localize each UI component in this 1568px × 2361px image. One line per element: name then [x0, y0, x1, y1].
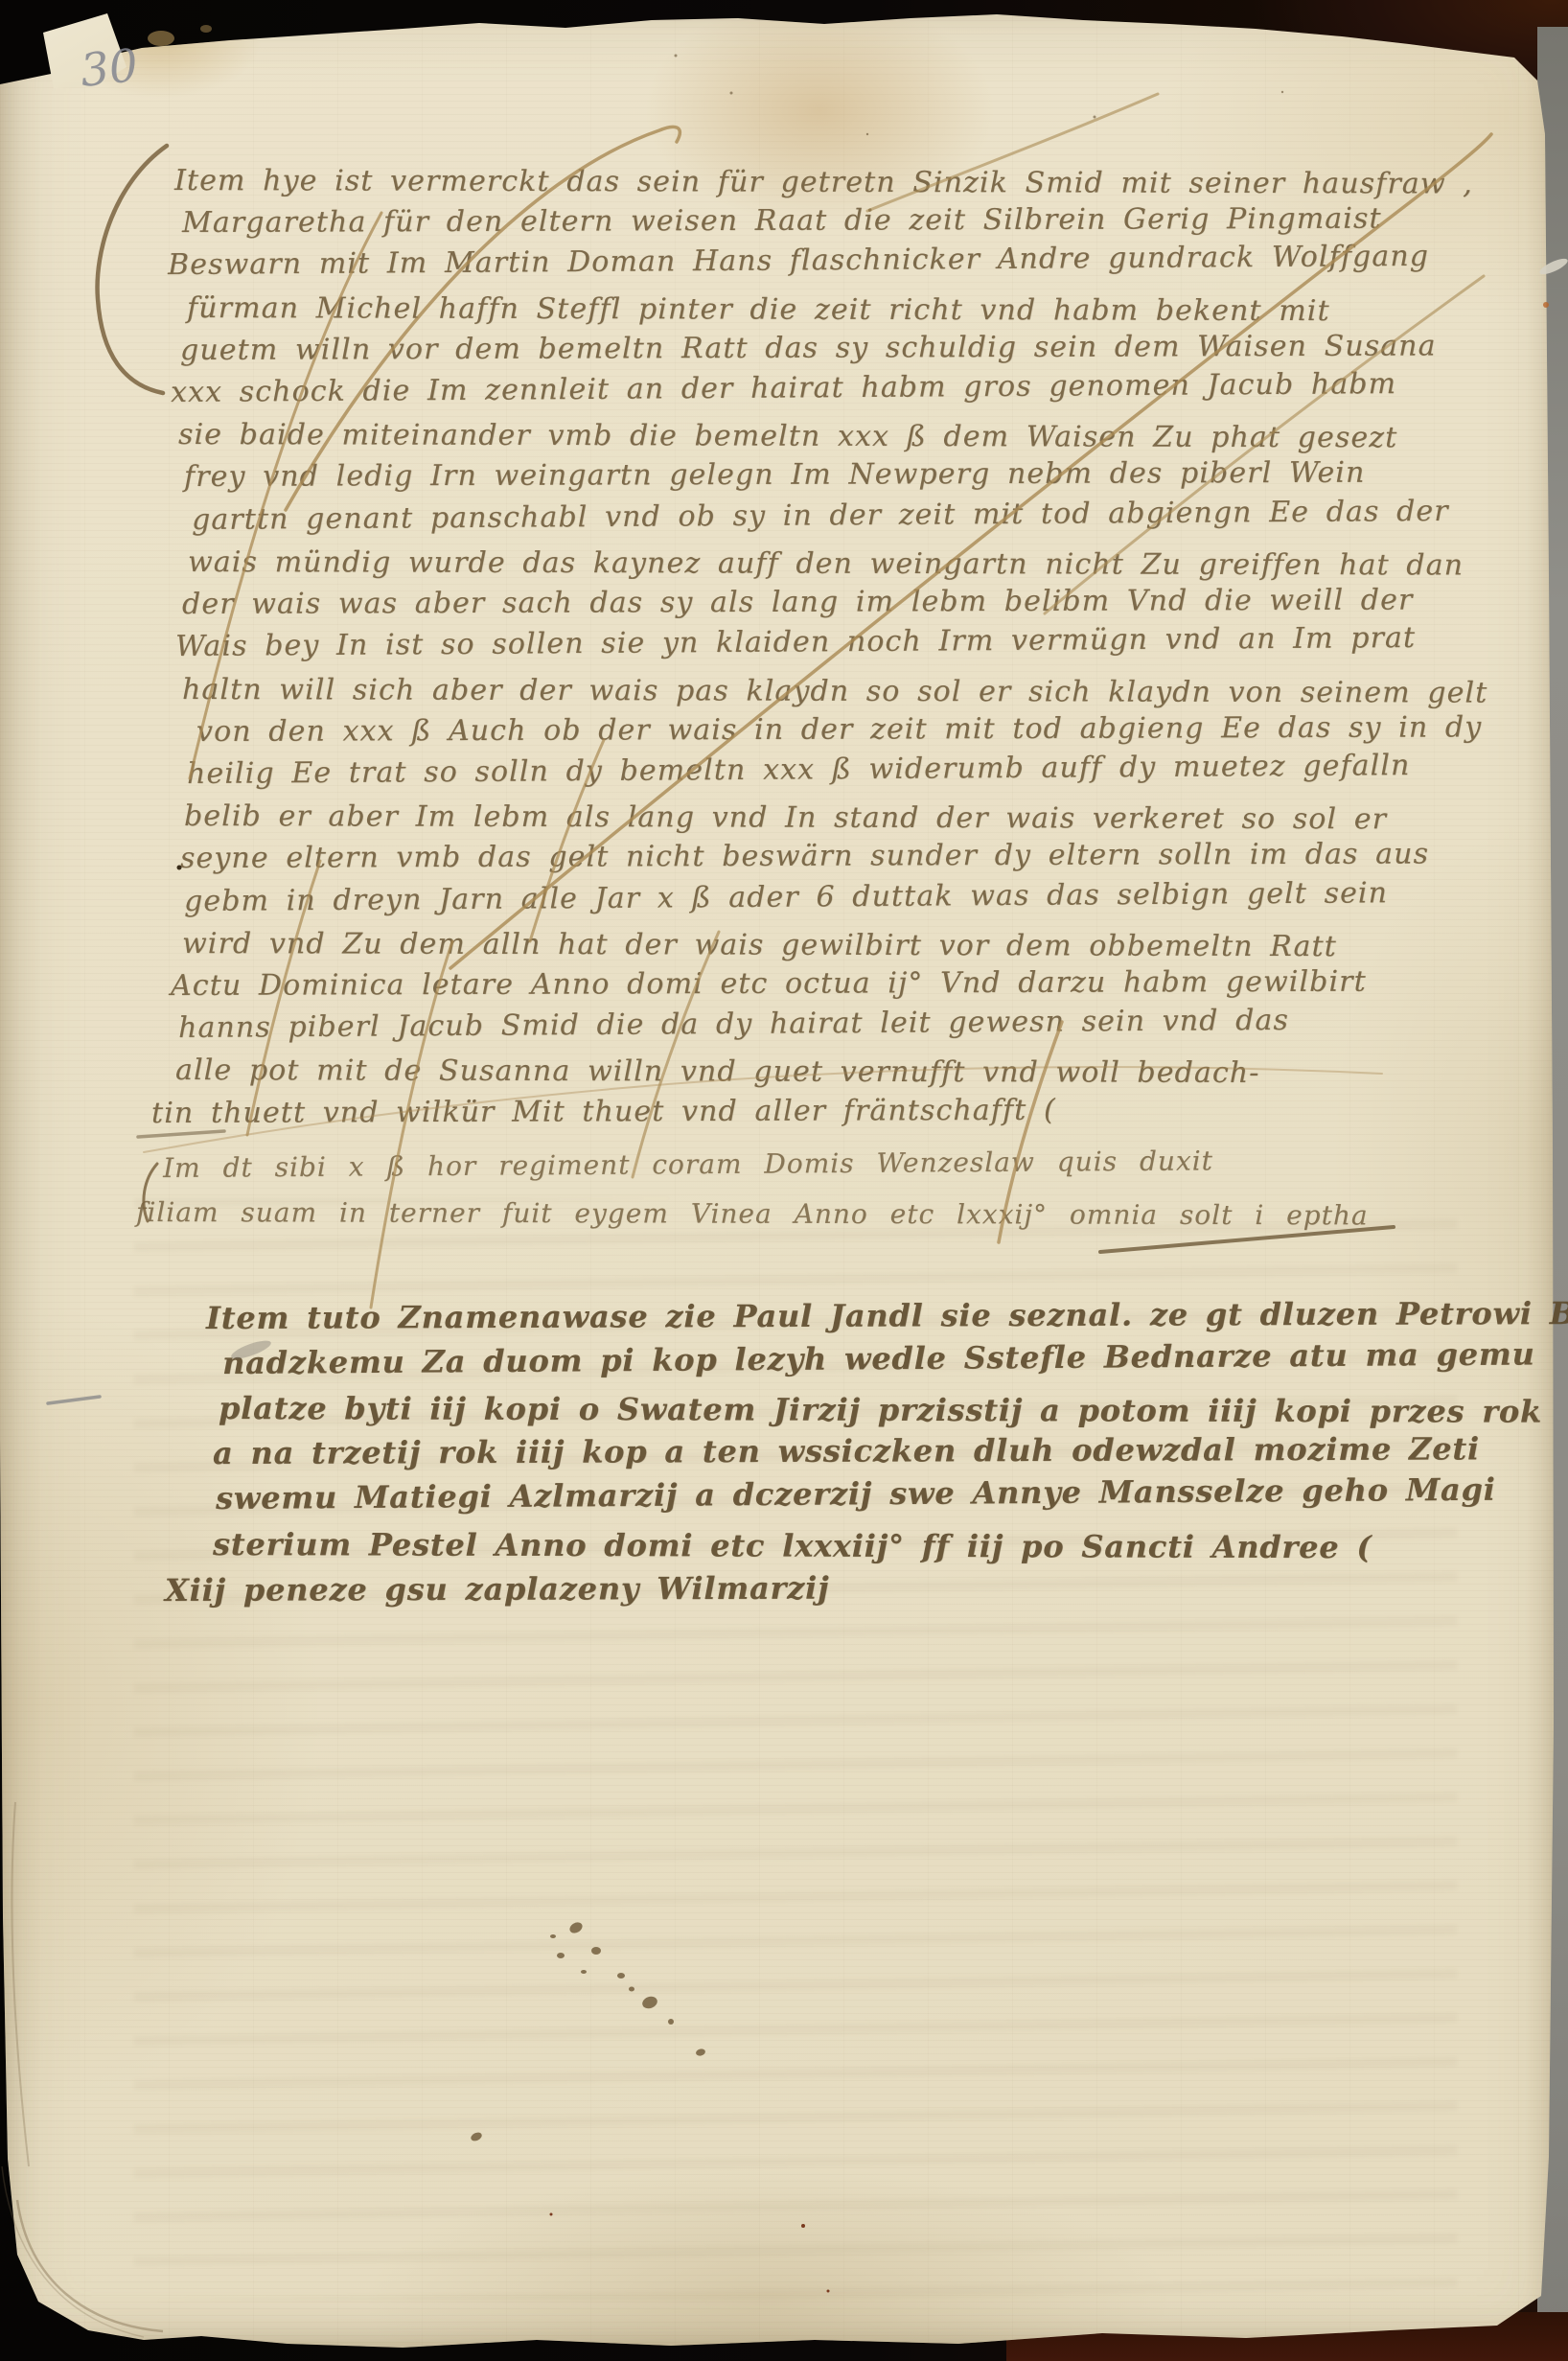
manuscript-photo: 30 Item hye ist vermerckt das sein für g… — [0, 0, 1568, 2361]
text-line-german: seyne eltern vmb das gelt nicht beswärn … — [180, 837, 1429, 875]
text-line-german: haltn will sich aber der wais pas klaydn… — [182, 673, 1487, 710]
text-line-german: belib er aber Im lebm als lang vnd In st… — [184, 799, 1387, 836]
text-line-german: fürman Michel haffn Steffl pinter die ze… — [187, 291, 1330, 328]
folio-number: 30 — [78, 39, 140, 98]
text-line-german: wais mündig wurde das kaynez auff den we… — [188, 545, 1464, 582]
text-line-german: wird vnd Zu dem alln hat der wais gewilb… — [182, 927, 1337, 963]
text-line-german: guetm willn vor dem bemeltn Ratt das sy … — [180, 329, 1437, 367]
text-line-german: von den xxx ß Auch ob der wais in der ze… — [196, 710, 1482, 749]
text-line-czech: Xiij peneze gsu zaplazeny Wilmarzij — [165, 1570, 830, 1609]
text-line-german: alle pot mit de Susanna willn vnd guet v… — [175, 1053, 1260, 1090]
text-line-german: Item hye ist vermerckt das sein für getr… — [174, 164, 1473, 201]
text-line-german: frey vnd ledig Irn weingartn gelegn Im N… — [184, 456, 1366, 494]
text-line-czech: a na trzetij rok iiij kop a ten wssiczke… — [213, 1430, 1480, 1471]
text-line-german: der wais was aber sach das sy als lang i… — [182, 584, 1413, 621]
text-line-czech: sterium Pestel Anno domi etc lxxxiij° ff… — [213, 1526, 1372, 1565]
text-line-czech: Item tuto Znamenawase zie Paul Jandl sie… — [206, 1295, 1568, 1336]
text-line-german: sie baide miteinander vmb die bemeltn xx… — [178, 418, 1397, 454]
text-line-latin: filiam suam in terner fuit eygem Vinea A… — [136, 1196, 1369, 1231]
text-line-german: Actu Dominica letare Anno domi etc octua… — [171, 965, 1367, 1003]
text-line-german: tin thuett vnd wilkür Mit thuet vnd alle… — [151, 1094, 1056, 1130]
text-line-german: Margaretha für den eltern weisen Raat di… — [182, 202, 1382, 240]
text-line-czech: platze byti iij kopi o Swatem Jirzij prz… — [219, 1390, 1542, 1430]
